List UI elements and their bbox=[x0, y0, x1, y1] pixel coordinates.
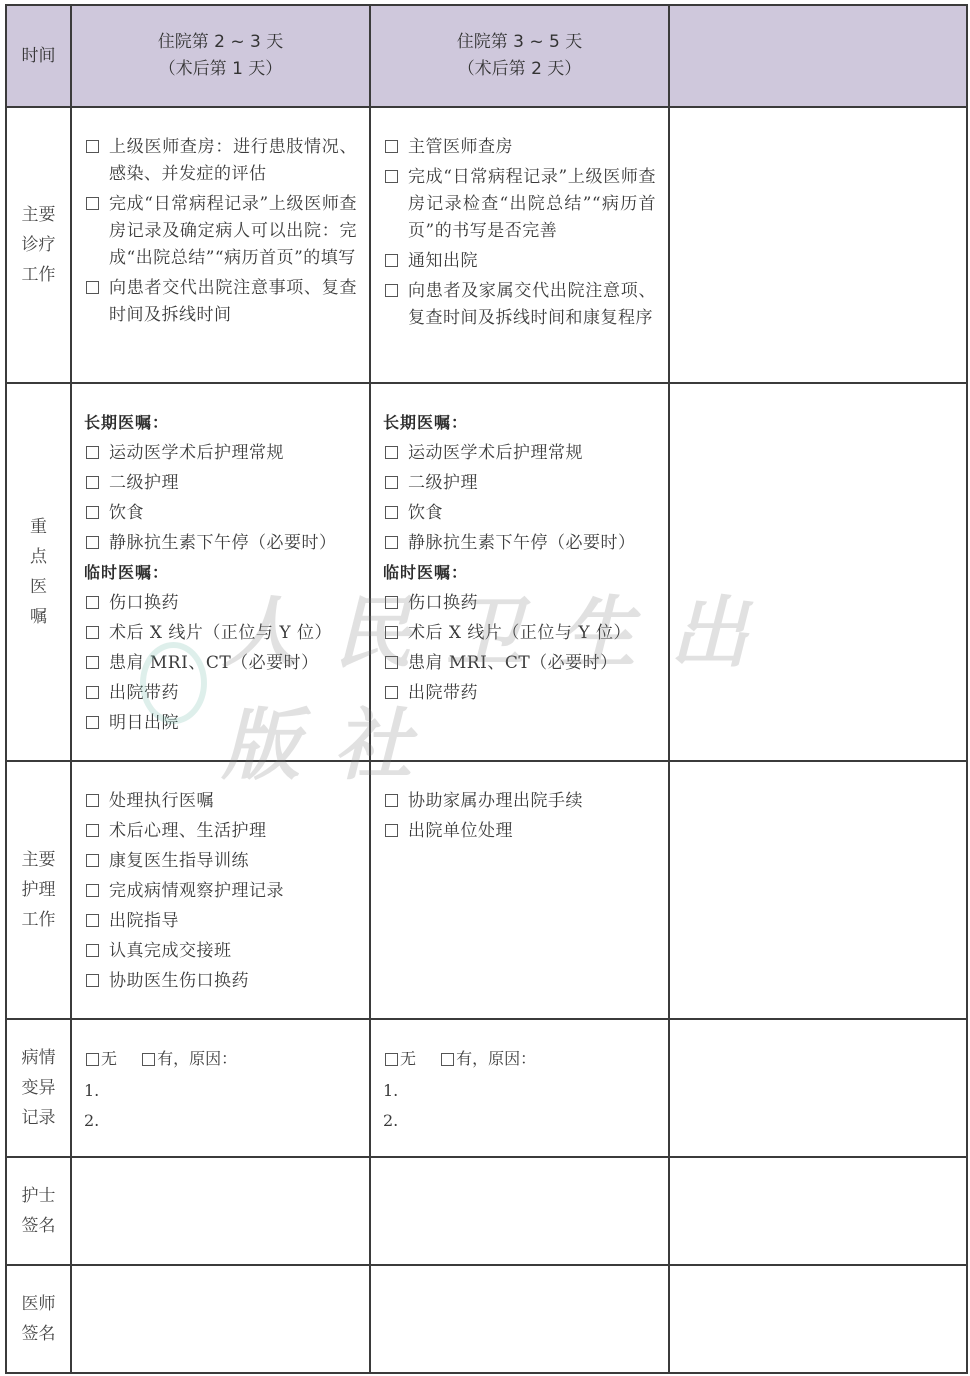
variance-col3[interactable] bbox=[669, 1019, 967, 1157]
diagnosis-col1: 上级医师查房：进行患肢情况、感染、并发症的评估 完成“日常病程记录”上级医师查房… bbox=[71, 107, 370, 383]
checkbox-icon[interactable] bbox=[385, 284, 398, 297]
nursing-col3[interactable] bbox=[669, 761, 967, 1019]
variance-options: 无 有，原因： bbox=[84, 1044, 357, 1076]
checklist-item: 出院指导 bbox=[84, 906, 357, 936]
checklist-item: 向患者交代出院注意事项、复查时间及拆线时间 bbox=[84, 275, 357, 329]
doctor-signature-col2[interactable] bbox=[370, 1265, 669, 1373]
option-yes-label: 有，原因： bbox=[157, 1044, 237, 1074]
item-text: 患肩 MRI、CT（必要时） bbox=[408, 648, 656, 678]
diagnosis-col2: 主管医师查房 完成“日常病程记录”上级医师查房记录检查“出院总结”“病历首页”的… bbox=[370, 107, 669, 383]
clinical-pathway-page: 时间 住院第 2 ~ 3 天 （术后第 1 天） 住院第 3 ~ 5 天 （术后… bbox=[5, 4, 966, 1372]
row-nurse-signature: 护士 签名 bbox=[6, 1157, 967, 1265]
nursing-col2: 协助家属办理出院手续 出院单位处理 bbox=[370, 761, 669, 1019]
variance-col2: 无 有，原因： 1. 2. bbox=[370, 1019, 669, 1157]
checkbox-icon[interactable] bbox=[86, 476, 99, 489]
item-text: 静脉抗生素下午停（必要时） bbox=[408, 528, 656, 558]
nurse-signature-col2[interactable] bbox=[370, 1157, 669, 1265]
nurse-signature-col3[interactable] bbox=[669, 1157, 967, 1265]
header-empty bbox=[669, 5, 967, 107]
checklist-item: 处理执行医嘱 bbox=[84, 786, 357, 816]
diagnosis-col3[interactable] bbox=[669, 107, 967, 383]
header-day-2-3: 住院第 2 ~ 3 天 （术后第 1 天） bbox=[71, 5, 370, 107]
checkbox-icon[interactable] bbox=[385, 626, 398, 639]
item-text: 出院指导 bbox=[109, 906, 357, 936]
checkbox-icon[interactable] bbox=[385, 254, 398, 267]
checkbox-icon[interactable] bbox=[385, 656, 398, 669]
checkbox-icon[interactable] bbox=[441, 1053, 454, 1066]
item-text: 完成“日常病程记录”上级医师查房记录及确定病人可以出院：完成“出院总结”“病历首… bbox=[109, 191, 357, 272]
checkbox-icon[interactable] bbox=[86, 1053, 99, 1066]
checkbox-icon[interactable] bbox=[86, 626, 99, 639]
long-term-orders-heading: 长期医嘱： bbox=[383, 408, 656, 438]
label-line: 记录 bbox=[7, 1103, 70, 1133]
item-text: 通知出院 bbox=[408, 248, 656, 275]
item-text: 运动医学术后护理常规 bbox=[109, 438, 357, 468]
header-col1-line1: 住院第 2 ~ 3 天 bbox=[72, 29, 369, 56]
label-line: 主要 bbox=[7, 845, 70, 875]
item-text: 上级医师查房：进行患肢情况、感染、并发症的评估 bbox=[109, 134, 357, 188]
item-text: 出院带药 bbox=[109, 678, 357, 708]
checkbox-icon[interactable] bbox=[86, 824, 99, 837]
item-text: 处理执行医嘱 bbox=[109, 786, 357, 816]
checkbox-icon[interactable] bbox=[385, 794, 398, 807]
item-text: 出院单位处理 bbox=[408, 816, 656, 846]
header-day-3-5: 住院第 3 ~ 5 天 （术后第 2 天） bbox=[370, 5, 669, 107]
item-text: 静脉抗生素下午停（必要时） bbox=[109, 528, 357, 558]
orders-col2: 长期医嘱： 运动医学术后护理常规 二级护理 饮食 静脉抗生素下午停（必要时） 临… bbox=[370, 383, 669, 761]
header-col2-line2: （术后第 2 天） bbox=[371, 56, 668, 83]
checklist-item: 完成“日常病程记录”上级医师查房记录及确定病人可以出院：完成“出院总结”“病历首… bbox=[84, 191, 357, 272]
checklist-item: 饮食 bbox=[383, 498, 656, 528]
checkbox-icon[interactable] bbox=[86, 506, 99, 519]
label-line: 护士 bbox=[7, 1181, 70, 1211]
checklist-item: 协助家属办理出院手续 bbox=[383, 786, 656, 816]
checkbox-icon[interactable] bbox=[86, 197, 99, 210]
item-text: 术后心理、生活护理 bbox=[109, 816, 357, 846]
label-line: 工作 bbox=[7, 905, 70, 935]
checkbox-icon[interactable] bbox=[86, 944, 99, 957]
row-label-nursing: 主要 护理 工作 bbox=[6, 761, 71, 1019]
checkbox-icon[interactable] bbox=[385, 824, 398, 837]
header-col1-line2: （术后第 1 天） bbox=[72, 56, 369, 83]
checklist-item: 运动医学术后护理常规 bbox=[383, 438, 656, 468]
doctor-signature-col1[interactable] bbox=[71, 1265, 370, 1373]
variance-col1: 无 有，原因： 1. 2. bbox=[71, 1019, 370, 1157]
item-text: 主管医师查房 bbox=[408, 134, 656, 161]
checkbox-icon[interactable] bbox=[385, 686, 398, 699]
checklist-item: 出院带药 bbox=[84, 678, 357, 708]
item-text: 协助家属办理出院手续 bbox=[408, 786, 656, 816]
header-time: 时间 bbox=[6, 5, 71, 107]
checkbox-icon[interactable] bbox=[86, 536, 99, 549]
checkbox-icon[interactable] bbox=[385, 1053, 398, 1066]
row-doctor-signature: 医师 签名 bbox=[6, 1265, 967, 1373]
checkbox-icon[interactable] bbox=[385, 506, 398, 519]
item-text: 向患者及家属交代出院注意项、复查时间及拆线时间和康复程序 bbox=[408, 278, 656, 332]
temporary-orders-heading: 临时医嘱： bbox=[383, 558, 656, 588]
checklist-item: 静脉抗生素下午停（必要时） bbox=[383, 528, 656, 558]
checkbox-icon[interactable] bbox=[86, 914, 99, 927]
label-line: 点 bbox=[7, 542, 70, 572]
checklist-item: 协助医生伤口换药 bbox=[84, 966, 357, 996]
checklist-item: 康复医生指导训练 bbox=[84, 846, 357, 876]
checkbox-icon[interactable] bbox=[86, 140, 99, 153]
option-none[interactable]: 无 bbox=[383, 1044, 416, 1074]
row-nursing: 主要 护理 工作 处理执行医嘱 术后心理、生活护理 康复医生指导训练 完成病情观… bbox=[6, 761, 967, 1019]
variance-reason-1[interactable]: 1. bbox=[383, 1076, 656, 1106]
item-text: 饮食 bbox=[109, 498, 357, 528]
label-line: 主要 bbox=[7, 200, 70, 230]
checkbox-icon[interactable] bbox=[142, 1053, 155, 1066]
checkbox-icon[interactable] bbox=[86, 884, 99, 897]
option-none-label: 无 bbox=[400, 1044, 416, 1074]
label-line: 重 bbox=[7, 512, 70, 542]
label-line: 护理 bbox=[7, 875, 70, 905]
item-text: 饮食 bbox=[408, 498, 656, 528]
row-label-orders: 重 点 医 嘱 bbox=[6, 383, 71, 761]
item-text: 二级护理 bbox=[408, 468, 656, 498]
checklist-item: 二级护理 bbox=[383, 468, 656, 498]
checkbox-icon[interactable] bbox=[86, 716, 99, 729]
item-text: 二级护理 bbox=[109, 468, 357, 498]
checklist-item: 术后 X 线片（正位与 Y 位） bbox=[84, 618, 357, 648]
checkbox-icon[interactable] bbox=[86, 596, 99, 609]
long-term-orders-heading: 长期医嘱： bbox=[84, 408, 357, 438]
option-yes-label: 有，原因： bbox=[456, 1044, 536, 1074]
checklist-item: 完成“日常病程记录”上级医师查房记录检查“出院总结”“病历首页”的书写是否完善 bbox=[383, 164, 656, 245]
orders-col3[interactable] bbox=[669, 383, 967, 761]
option-none[interactable]: 无 bbox=[84, 1044, 117, 1074]
variance-options: 无 有，原因： bbox=[383, 1044, 656, 1076]
checklist-item: 术后心理、生活护理 bbox=[84, 816, 357, 846]
checklist-item: 运动医学术后护理常规 bbox=[84, 438, 357, 468]
option-yes[interactable]: 有，原因： bbox=[439, 1044, 536, 1074]
label-line: 病情 bbox=[7, 1043, 70, 1073]
checklist-item: 患肩 MRI、CT（必要时） bbox=[84, 648, 357, 678]
row-label-variance: 病情 变异 记录 bbox=[6, 1019, 71, 1157]
checkbox-icon[interactable] bbox=[86, 656, 99, 669]
time-label: 时间 bbox=[22, 46, 56, 66]
checklist-item: 明日出院 bbox=[84, 708, 357, 738]
checkbox-icon[interactable] bbox=[86, 281, 99, 294]
variance-reason-2[interactable]: 2. bbox=[84, 1106, 357, 1136]
label-line: 变异 bbox=[7, 1073, 70, 1103]
checklist-item: 饮食 bbox=[84, 498, 357, 528]
checkbox-icon[interactable] bbox=[86, 446, 99, 459]
variance-reason-2[interactable]: 2. bbox=[383, 1106, 656, 1136]
label-line: 签名 bbox=[7, 1211, 70, 1241]
checkbox-icon[interactable] bbox=[86, 854, 99, 867]
checklist-item: 完成病情观察护理记录 bbox=[84, 876, 357, 906]
row-label-nurse-signature: 护士 签名 bbox=[6, 1157, 71, 1265]
item-text: 认真完成交接班 bbox=[109, 936, 357, 966]
item-text: 运动医学术后护理常规 bbox=[408, 438, 656, 468]
checklist-item: 静脉抗生素下午停（必要时） bbox=[84, 528, 357, 558]
clinical-pathway-table: 时间 住院第 2 ~ 3 天 （术后第 1 天） 住院第 3 ~ 5 天 （术后… bbox=[5, 4, 968, 1374]
item-text: 完成“日常病程记录”上级医师查房记录检查“出院总结”“病历首页”的书写是否完善 bbox=[408, 164, 656, 245]
doctor-signature-col3[interactable] bbox=[669, 1265, 967, 1373]
row-variance: 病情 变异 记录 无 有，原因： 1. 2. 无 有，原因： 1. 2. bbox=[6, 1019, 967, 1157]
item-text: 协助医生伤口换药 bbox=[109, 966, 357, 996]
item-text: 患肩 MRI、CT（必要时） bbox=[109, 648, 357, 678]
checklist-item: 出院带药 bbox=[383, 678, 656, 708]
label-line: 嘱 bbox=[7, 602, 70, 632]
checklist-item: 伤口换药 bbox=[383, 588, 656, 618]
row-label-diagnosis: 主要 诊疗 工作 bbox=[6, 107, 71, 383]
item-text: 伤口换药 bbox=[109, 588, 357, 618]
checkbox-icon[interactable] bbox=[86, 794, 99, 807]
row-label-doctor-signature: 医师 签名 bbox=[6, 1265, 71, 1373]
item-text: 明日出院 bbox=[109, 708, 357, 738]
label-line: 医 bbox=[7, 572, 70, 602]
nursing-col1: 处理执行医嘱 术后心理、生活护理 康复医生指导训练 完成病情观察护理记录 出院指… bbox=[71, 761, 370, 1019]
checklist-item: 伤口换药 bbox=[84, 588, 357, 618]
checklist-item: 主管医师查房 bbox=[383, 134, 656, 161]
label-line: 医师 bbox=[7, 1289, 70, 1319]
checklist-item: 二级护理 bbox=[84, 468, 357, 498]
nurse-signature-col1[interactable] bbox=[71, 1157, 370, 1265]
checklist-item: 向患者及家属交代出院注意项、复查时间及拆线时间和康复程序 bbox=[383, 278, 656, 332]
variance-reason-1[interactable]: 1. bbox=[84, 1076, 357, 1106]
item-text: 出院带药 bbox=[408, 678, 656, 708]
row-diagnosis: 主要 诊疗 工作 上级医师查房：进行患肢情况、感染、并发症的评估 完成“日常病程… bbox=[6, 107, 967, 383]
checkbox-icon[interactable] bbox=[385, 170, 398, 183]
row-orders: 重 点 医 嘱 长期医嘱： 运动医学术后护理常规 二级护理 饮食 静脉抗生素下午… bbox=[6, 383, 967, 761]
label-line: 诊疗 bbox=[7, 230, 70, 260]
checklist-item: 通知出院 bbox=[383, 248, 656, 275]
checklist-item: 上级医师查房：进行患肢情况、感染、并发症的评估 bbox=[84, 134, 357, 188]
label-line: 工作 bbox=[7, 260, 70, 290]
option-yes[interactable]: 有，原因： bbox=[140, 1044, 237, 1074]
header-row: 时间 住院第 2 ~ 3 天 （术后第 1 天） 住院第 3 ~ 5 天 （术后… bbox=[6, 5, 967, 107]
temporary-orders-heading: 临时医嘱： bbox=[84, 558, 357, 588]
checklist-item: 术后 X 线片（正位与 Y 位） bbox=[383, 618, 656, 648]
checkbox-icon[interactable] bbox=[385, 446, 398, 459]
checkbox-icon[interactable] bbox=[86, 686, 99, 699]
header-col2-line1: 住院第 3 ~ 5 天 bbox=[371, 29, 668, 56]
item-text: 向患者交代出院注意事项、复查时间及拆线时间 bbox=[109, 275, 357, 329]
checklist-item: 认真完成交接班 bbox=[84, 936, 357, 966]
label-line: 签名 bbox=[7, 1319, 70, 1349]
checklist-item: 出院单位处理 bbox=[383, 816, 656, 846]
option-none-label: 无 bbox=[101, 1044, 117, 1074]
item-text: 伤口换药 bbox=[408, 588, 656, 618]
orders-col1: 长期医嘱： 运动医学术后护理常规 二级护理 饮食 静脉抗生素下午停（必要时） 临… bbox=[71, 383, 370, 761]
checklist-item: 患肩 MRI、CT（必要时） bbox=[383, 648, 656, 678]
checkbox-icon[interactable] bbox=[385, 476, 398, 489]
checkbox-icon[interactable] bbox=[385, 140, 398, 153]
checkbox-icon[interactable] bbox=[86, 974, 99, 987]
item-text: 术后 X 线片（正位与 Y 位） bbox=[109, 618, 357, 648]
checkbox-icon[interactable] bbox=[385, 536, 398, 549]
item-text: 术后 X 线片（正位与 Y 位） bbox=[408, 618, 656, 648]
item-text: 康复医生指导训练 bbox=[109, 846, 357, 876]
checkbox-icon[interactable] bbox=[385, 596, 398, 609]
item-text: 完成病情观察护理记录 bbox=[109, 876, 357, 906]
